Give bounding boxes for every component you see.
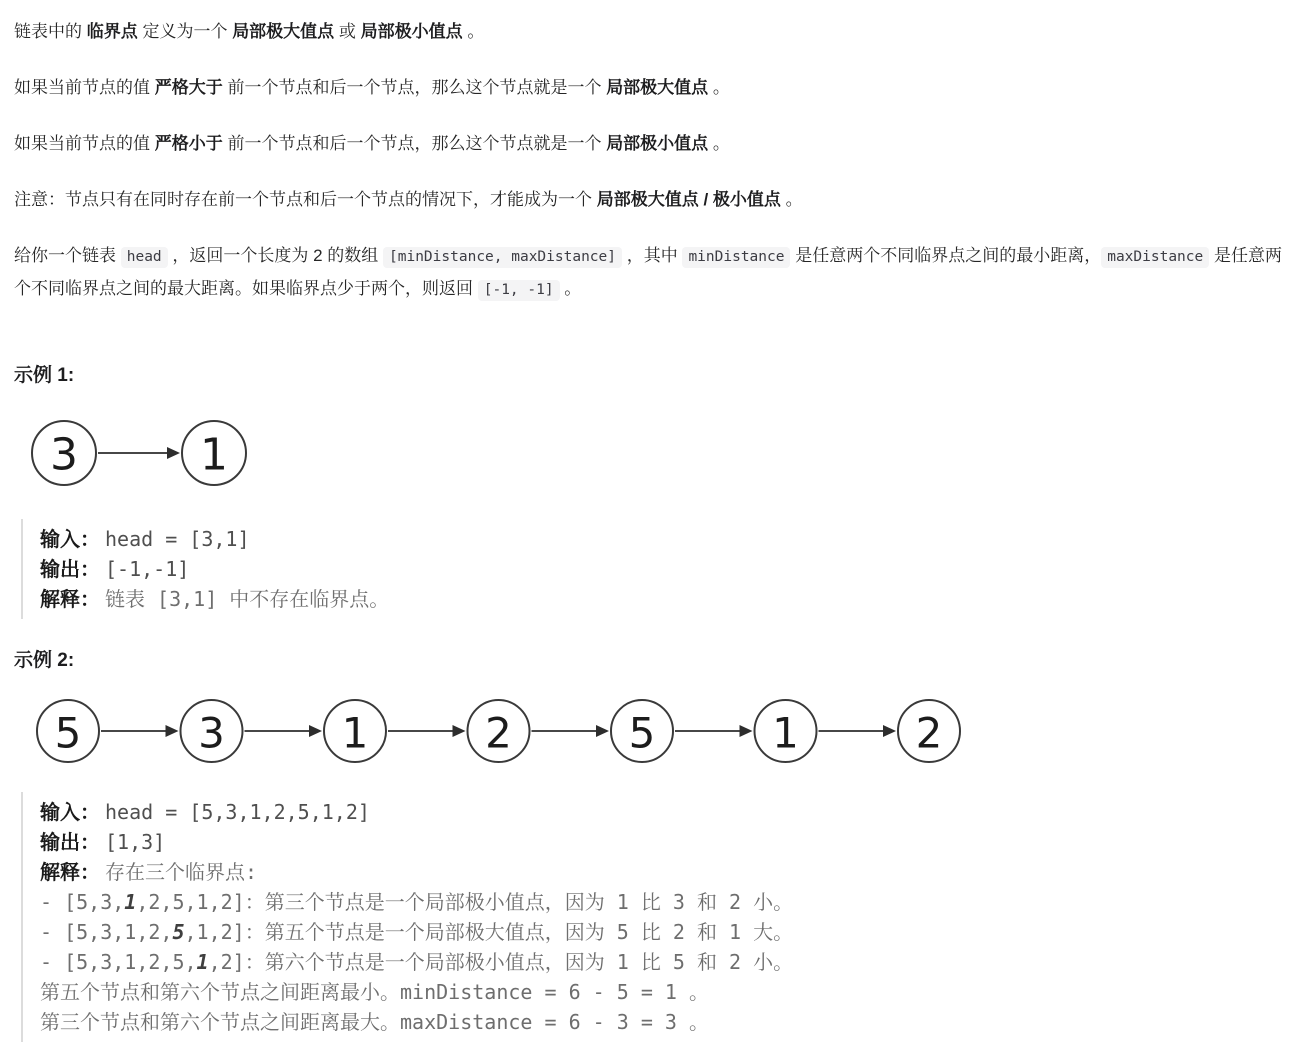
text: 定义为一个 — [138, 22, 232, 41]
example-line: 输出：[1,3] — [40, 827, 1297, 857]
linked-list-diagram: 31 — [14, 413, 264, 491]
example-line: 输出：[-1,-1] — [40, 554, 1297, 584]
text: 注意：节点只有在同时存在前一个节点和后一个节点的情况下，才能成为一个 — [14, 190, 597, 209]
example-2: 示例 2:5312512输入：head = [5,3,1,2,5,1,2]输出：… — [14, 647, 1297, 1042]
arrow-head-icon — [596, 725, 609, 737]
example-1: 示例 1:31输入：head = [3,1]输出：[-1,-1]解释：链表 [3… — [14, 362, 1297, 619]
list-node-value: 2 — [916, 709, 943, 758]
example-io-block: 输入：head = [5,3,1,2,5,1,2]输出：[1,3]解释：存在三个… — [21, 792, 1297, 1042]
arrow-head-icon — [309, 725, 322, 737]
explanation-text: ,1,2]：第五个节点是一个局部极大值点，因为 5 比 2 和 1 大。 — [185, 920, 794, 944]
io-label: 输出： — [40, 830, 105, 854]
list-node-value: 2 — [485, 709, 512, 758]
text: 如果当前节点的值 — [14, 134, 155, 153]
inline-code: [-1, -1] — [478, 280, 560, 301]
description-paragraph: 给你一个链表 head ，返回一个长度为 2 的数组 [minDistance,… — [14, 240, 1297, 306]
examples-section: 示例 1:31输入：head = [3,1]输出：[-1,-1]解释：链表 [3… — [14, 362, 1297, 1042]
explanation-text: 存在三个临界点: — [105, 860, 257, 884]
text: 链表中的 — [14, 22, 87, 41]
linked-list-diagram: 5312512 — [14, 698, 966, 764]
list-node-value: 1 — [342, 709, 369, 758]
description-paragraph: 注意：节点只有在同时存在前一个节点和后一个节点的情况下，才能成为一个 局部极大值… — [14, 184, 1297, 216]
list-node-value: 3 — [198, 709, 225, 758]
description-paragraph: 如果当前节点的值 严格小于 前一个节点和后一个节点，那么这个节点就是一个 局部极… — [14, 128, 1297, 160]
io-label: 输入： — [40, 527, 105, 551]
example-heading: 示例 1: — [14, 362, 1297, 389]
list-node-value: 5 — [55, 709, 82, 758]
arrow-head-icon — [883, 725, 896, 737]
text: 给你一个链表 — [14, 246, 121, 265]
example-line: 解释：存在三个临界点: — [40, 857, 1297, 887]
text: 如果当前节点的值 — [14, 78, 155, 97]
explanation-text: ,2,5,1,2]：第三个节点是一个局部极小值点，因为 1 比 3 和 2 小。 — [136, 890, 793, 914]
bold-text: 局部极大值点 — [232, 22, 334, 41]
explanation-text: - [5,3, — [40, 890, 124, 914]
text: ，返回一个长度为 2 的数组 — [168, 246, 383, 265]
text: 。 — [708, 78, 730, 97]
io-value: [-1,-1] — [105, 557, 189, 581]
explanation-text: - [5,3,1,2,5, — [40, 950, 197, 974]
description-paragraphs: 链表中的 临界点 定义为一个 局部极大值点 或 局部极小值点 。如果当前节点的值… — [14, 16, 1297, 306]
list-node-value: 3 — [50, 430, 78, 481]
example-line: 第三个节点和第六个节点之间距离最大。maxDistance = 6 - 3 = … — [40, 1007, 1297, 1037]
explanation-text: 链表 [3,1] 中不存在临界点。 — [105, 587, 389, 611]
inline-code: head — [121, 247, 168, 268]
example-heading: 示例 2: — [14, 647, 1297, 674]
inline-code: minDistance — [682, 247, 790, 268]
text: 前一个节点和后一个节点，那么这个节点就是一个 — [223, 134, 606, 153]
list-node-value: 1 — [200, 430, 228, 481]
example-line: 解释：链表 [3,1] 中不存在临界点。 — [40, 584, 1297, 614]
explanation-text: 第五个节点和第六个节点之间距离最小。minDistance = 6 - 5 = … — [40, 980, 709, 1004]
io-label: 解释： — [40, 860, 105, 884]
io-label: 输出： — [40, 557, 105, 581]
text: 。 — [463, 22, 485, 41]
highlighted-value: 5 — [172, 920, 184, 944]
bold-text: 局部极大值点 — [606, 78, 708, 97]
highlighted-value: 1 — [124, 890, 136, 914]
example-line: 输入：head = [3,1] — [40, 524, 1297, 554]
text: 。 — [708, 134, 730, 153]
example-line: - [5,3,1,2,5,1,2]：第五个节点是一个局部极大值点，因为 5 比 … — [40, 917, 1297, 947]
arrow-head-icon — [453, 725, 466, 737]
example-line: - [5,3,1,2,5,1,2]：第六个节点是一个局部极小值点，因为 1 比 … — [40, 947, 1297, 977]
text: ，其中 — [622, 246, 682, 265]
io-value: head = [3,1] — [105, 527, 250, 551]
bold-text: 局部极大值点 / 极小值点 — [597, 190, 781, 209]
list-node-value: 1 — [772, 709, 799, 758]
list-node-value: 5 — [629, 709, 656, 758]
description-paragraph: 如果当前节点的值 严格大于 前一个节点和后一个节点，那么这个节点就是一个 局部极… — [14, 72, 1297, 104]
arrow-head-icon — [167, 447, 180, 459]
text: 或 — [334, 22, 360, 41]
bold-text: 局部极小值点 — [606, 134, 708, 153]
arrow-head-icon — [166, 725, 179, 737]
inline-code: [minDistance, maxDistance] — [383, 247, 622, 268]
bold-text: 临界点 — [87, 22, 138, 41]
description-paragraph: 链表中的 临界点 定义为一个 局部极大值点 或 局部极小值点 。 — [14, 16, 1297, 48]
example-line: 第五个节点和第六个节点之间距离最小。minDistance = 6 - 5 = … — [40, 977, 1297, 1007]
explanation-text: - [5,3,1,2, — [40, 920, 172, 944]
io-value: [1,3] — [105, 830, 165, 854]
text: 前一个节点和后一个节点，那么这个节点就是一个 — [223, 78, 606, 97]
problem-description: 链表中的 临界点 定义为一个 局部极大值点 或 局部极小值点 。如果当前节点的值… — [0, 0, 1315, 1052]
inline-code: maxDistance — [1101, 247, 1209, 268]
text: 。 — [781, 190, 803, 209]
example-line: 输入：head = [5,3,1,2,5,1,2] — [40, 797, 1297, 827]
bold-text: 局部极小值点 — [361, 22, 463, 41]
bold-text: 严格小于 — [155, 134, 223, 153]
text: 。 — [560, 279, 582, 298]
io-value: head = [5,3,1,2,5,1,2] — [105, 800, 370, 824]
io-label: 解释： — [40, 587, 105, 611]
io-label: 输入： — [40, 800, 105, 824]
bold-text: 严格大于 — [155, 78, 223, 97]
example-io-block: 输入：head = [3,1]输出：[-1,-1]解释：链表 [3,1] 中不存… — [21, 519, 1297, 619]
highlighted-value: 1 — [197, 950, 209, 974]
explanation-text: ,2]：第六个节点是一个局部极小值点，因为 1 比 5 和 2 小。 — [209, 950, 794, 974]
example-line: - [5,3,1,2,5,1,2]：第三个节点是一个局部极小值点，因为 1 比 … — [40, 887, 1297, 917]
explanation-text: 第三个节点和第六个节点之间距离最大。maxDistance = 6 - 3 = … — [40, 1010, 709, 1034]
arrow-head-icon — [740, 725, 753, 737]
text: 是任意两个不同临界点之间的最小距离， — [790, 246, 1101, 265]
